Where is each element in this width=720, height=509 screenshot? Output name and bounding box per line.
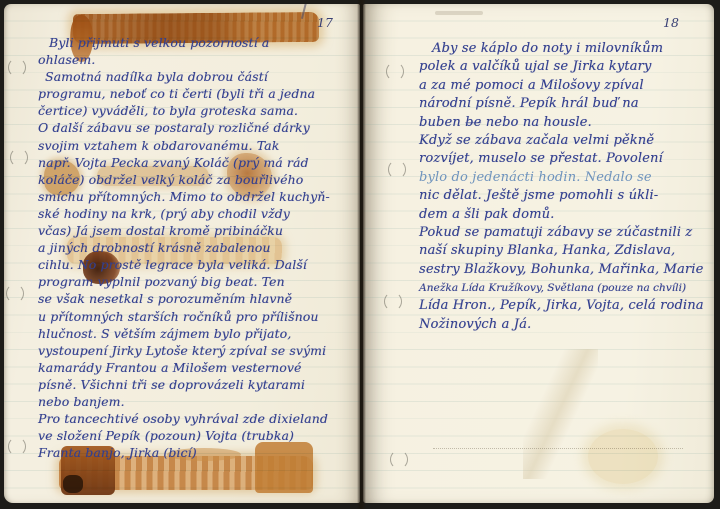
handwritten-line: národní písně. Pepík hrál buď na: [419, 95, 711, 113]
punch-hole: [390, 450, 408, 469]
handwritten-line: Když se zábava začala velmi pěkně: [419, 132, 711, 150]
handwritten-line: sestry Blažkovy, Bohunka, Mařinka, Marie: [419, 261, 711, 279]
handwritten-line: Samotná nadílka byla dobrou částí: [38, 68, 356, 85]
punch-hole: [8, 58, 26, 77]
punch-hole: [384, 292, 402, 311]
handwritten-line: nic dělat. Ještě jsme pomohli s úkli-: [419, 187, 711, 205]
handwritten-line: cihlu. No prostě legrace byla veliká. Da…: [38, 256, 356, 273]
handwritten-line: Pokud se pamatuji zábavy se zúčastnili z: [419, 224, 711, 242]
handwritten-line: naší skupiny Blanka, Hanka, Zdislava,: [419, 242, 711, 260]
handwritten-line: Aby se káplo do noty i milovníkům: [419, 40, 711, 58]
handwritten-line: písně. Všichni tři se doprovázeli kytara…: [38, 376, 356, 393]
handwritten-line: a jiných drobností krásně zabalenou: [38, 239, 356, 256]
punch-hole: [6, 284, 24, 303]
handwritten-line: např. Vojta Pecka zvaný Koláč (prý má rá…: [38, 154, 356, 171]
handwritten-line: svojim vztahem k obdarovanému. Tak: [38, 137, 356, 154]
page-left: 17 Byli přijmuti s velkou pozorností a o…: [4, 4, 360, 503]
handwritten-line: Lída Hron., Pepík, Jirka, Vojta, celá ro…: [419, 297, 711, 315]
handwritten-line: rozvíjet, muselo se přestat. Povolení: [419, 150, 711, 168]
handwritten-line: program vyplnil pozvaný big beat. Ten: [38, 273, 356, 290]
handwritten-line: nebo banjem.: [38, 393, 356, 410]
punch-hole: [10, 148, 28, 167]
punch-hole: [386, 62, 404, 81]
handwritten-line: ohlasem.: [38, 51, 356, 68]
handwritten-line: Nožinových a Já.: [419, 316, 711, 334]
page-number: 18: [663, 15, 679, 30]
handwritten-line: ve složení Pepík (pozoun) Vojta (trubka): [38, 427, 356, 444]
punch-hole: [8, 437, 26, 456]
faint-yellow-stain: [588, 429, 658, 484]
handwritten-line: Anežka Lída Kružíkovy, Světlana (pouze n…: [419, 279, 711, 297]
page-right: 18 Aby se káplo do noty i milovníkům pol…: [363, 4, 714, 503]
paper-crease: [523, 349, 598, 479]
notebook-scan: 17 Byli přijmuti s velkou pozorností a o…: [0, 0, 720, 509]
handwritten-line: Pro tancechtivé osoby vyhrával zde dixie…: [38, 410, 356, 427]
handwritten-line: koláče) obdržel velký koláč za bouřlivéh…: [38, 171, 356, 188]
handwritten-line: smíchu přítomných. Mimo to obdržel kuchy…: [38, 188, 356, 205]
punch-hole: [388, 160, 406, 179]
pencil-smudge: [435, 11, 483, 15]
handwritten-line: včas) Já jsem dostal kromě pribináčku: [38, 222, 356, 239]
handwritten-line: O další zábavu se postaraly rozličné dár…: [38, 119, 356, 136]
handwritten-text-right: Aby se káplo do noty i milovníkům polek …: [419, 40, 711, 334]
handwritten-line: programu, neboť co ti čerti (byli tři a …: [38, 85, 356, 102]
handwritten-line: čertice) vyváděli, to byla groteska sama…: [38, 102, 356, 119]
handwritten-line: ské hodiny na krk, (prý aby chodil vždy: [38, 205, 356, 222]
handwritten-line: buben b̶e̶ nebo na housle.: [419, 114, 711, 132]
handwritten-line: kamarády Frantou a Milošem vesternové: [38, 359, 356, 376]
handwritten-line: Byli přijmuti s velkou pozorností a: [38, 34, 356, 51]
handwritten-line: hlučnost. S větším zájmem bylo přijato,: [38, 325, 356, 342]
handwritten-line: a za mé pomoci a Milošovy zpíval: [419, 77, 711, 95]
handwritten-line: u přítomných starších ročníků pro příliš…: [38, 308, 356, 325]
page-seam-shadow: [357, 0, 366, 509]
handwritten-text-left: Byli přijmuti s velkou pozorností a ohla…: [38, 34, 356, 461]
handwritten-line: vystoupení Jirky Lytoše který zpíval se …: [38, 342, 356, 359]
page-number: 17: [317, 15, 333, 30]
handwritten-line: dem a šli pak domů.: [419, 206, 711, 224]
handwritten-line: bylo do jedenácti hodin. Nedalo se: [419, 169, 711, 187]
handwritten-line: se však nesetkal s porozuměním hlavně: [38, 290, 356, 307]
handwritten-line: polek a valčíků ujal se Jirka kytary: [419, 58, 711, 76]
handwritten-line: Franta banjo, Jirka (bicí): [38, 444, 356, 461]
